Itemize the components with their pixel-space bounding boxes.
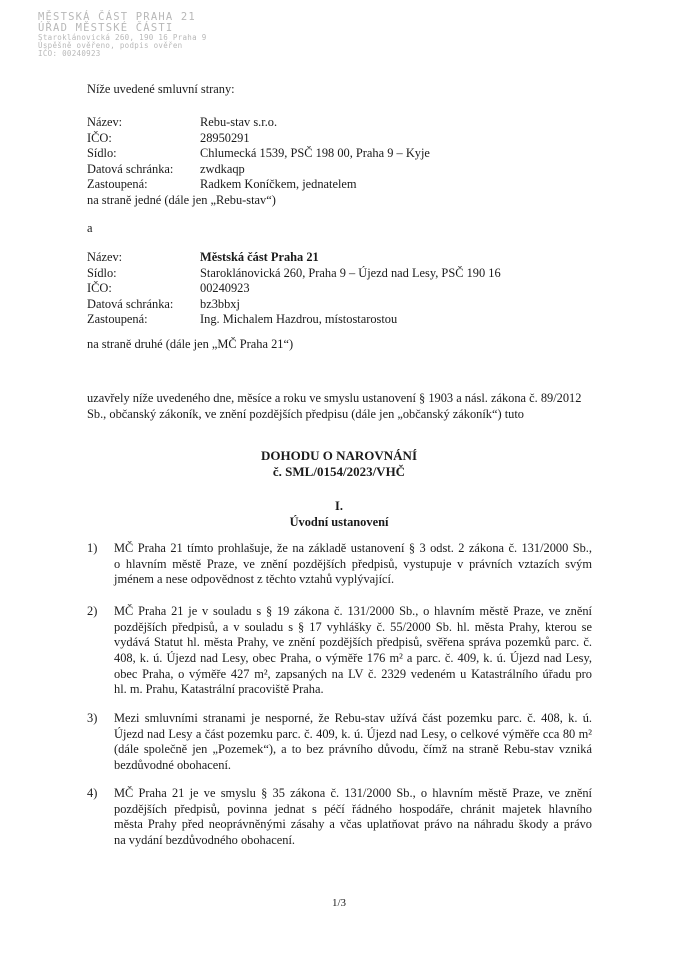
party-field-label: Zastoupená: xyxy=(87,177,200,193)
party-field-value: Staroklánovická 260, Praha 9 – Újezd nad… xyxy=(200,266,501,282)
paragraph-line: vydává Statut hl. města Prahy, ve znění … xyxy=(114,635,592,651)
party-one-block: Název:Rebu-stav s.r.o. IČO:28950291 Sídl… xyxy=(87,115,430,209)
party-field-label: Zastoupená: xyxy=(87,312,200,328)
party-field-label: Sídlo: xyxy=(87,146,200,162)
party-field-value: bz3bbxj xyxy=(200,297,240,313)
party-two-block: Název:Městská část Praha 21 Sídlo:Starok… xyxy=(87,250,501,328)
paragraph-line: hl. m. Prahu, Katastrální pracoviště Pra… xyxy=(114,682,592,698)
paragraph-line: pozdějších předpisů, a v souladu s § 17 … xyxy=(114,620,592,636)
party-field-label: Datová schránka: xyxy=(87,297,200,313)
paragraph-line: Újezd nad Lesy a část pozemku parc. č. 4… xyxy=(114,727,592,743)
party-field-value: Rebu-stav s.r.o. xyxy=(200,115,277,131)
stamp-line: IČO: 00240923 xyxy=(38,50,207,58)
paragraph-number: 3) xyxy=(87,711,97,726)
party-field-value: Ing. Michalem Hazdrou, místostarostou xyxy=(200,312,397,328)
party-field-value: Chlumecká 1539, PSČ 198 00, Praha 9 – Ky… xyxy=(200,146,430,162)
paragraph-line: bezdůvodné obohacení. xyxy=(114,758,592,774)
party-field-value: 00240923 xyxy=(200,281,250,297)
paragraph-line: obec Praha, o výměře 427 m², zapsaných n… xyxy=(114,667,592,683)
paragraph-line: (dále společně jen „Pozemek“), a to bez … xyxy=(114,742,592,758)
page-number: 1/3 xyxy=(0,897,678,909)
party-field-label: IČO: xyxy=(87,281,200,297)
paragraph-line: MČ Praha 21 tímto prohlašuje, že na zákl… xyxy=(114,541,592,557)
intro-text: Níže uvedené smluvní strany: xyxy=(87,82,235,97)
paragraph-line: jménem a nese odpovědnost z těchto vztah… xyxy=(114,572,592,588)
section-numeral: I. xyxy=(0,499,678,514)
party-field-label: Sídlo: xyxy=(87,266,200,282)
paragraph-line: o hlavním městě Praze, ve znění pozdější… xyxy=(114,557,592,573)
paragraph-line: pozdějších předpisů, povinna jednat s pé… xyxy=(114,802,592,818)
party-field-value: 28950291 xyxy=(200,131,250,147)
party-one-closing: na straně jedné (dále jen „Rebu-stav“) xyxy=(87,193,430,209)
paragraph-line: na vydání bezdůvodného obohacení. xyxy=(114,833,592,849)
paragraph-number: 2) xyxy=(87,604,97,619)
party-field-value: Městská část Praha 21 xyxy=(200,250,319,266)
party-field-value: Radkem Koníčkem, jednatelem xyxy=(200,177,357,193)
conjunction-text: a xyxy=(87,221,93,236)
document-title: DOHODU O NAROVNÁNÍ xyxy=(0,448,678,464)
party-field-label: Datová schránka: xyxy=(87,162,200,178)
paragraph-line: Mezi smluvními stranami je nesporné, že … xyxy=(114,711,592,727)
section-heading: Úvodní ustanovení xyxy=(0,515,678,530)
party-field-label: IČO: xyxy=(87,131,200,147)
paragraph-number: 4) xyxy=(87,786,97,801)
paragraph-line: MČ Praha 21 je ve smyslu § 35 zákona č. … xyxy=(114,786,592,802)
paragraph-line: MČ Praha 21 je v souladu s § 19 zákona č… xyxy=(114,604,592,620)
party-two-closing: na straně druhé (dále jen „MČ Praha 21“) xyxy=(87,337,293,352)
paragraph-line: města Prahy před neoprávněnými zásahy a … xyxy=(114,817,592,833)
paragraph-line: 408, k. ú. Újezd nad Lesy, obec Praha, o… xyxy=(114,651,592,667)
official-stamp: MĚSTSKÁ ČÁST PRAHA 21 ÚŘAD MĚSTSKÉ ČÁSTI… xyxy=(38,12,207,58)
paragraph-number: 1) xyxy=(87,541,97,556)
preamble-line: uzavřely níže uvedeného dne, měsíce a ro… xyxy=(87,391,581,406)
party-field-label: Název: xyxy=(87,250,200,266)
preamble-line: Sb., občanský zákoník, ve znění pozdější… xyxy=(87,407,524,422)
party-field-value: zwdkaqp xyxy=(200,162,245,178)
document-number: č. SML/0154/2023/VHČ xyxy=(0,464,678,480)
party-field-label: Název: xyxy=(87,115,200,131)
